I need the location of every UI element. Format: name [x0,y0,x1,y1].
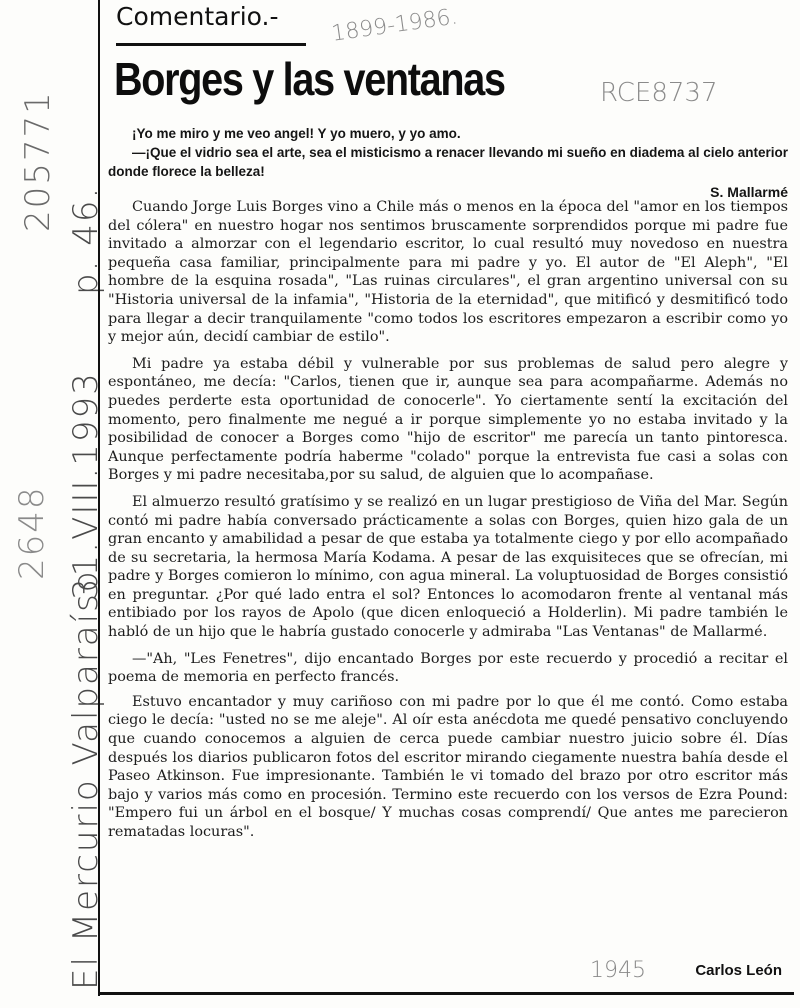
paragraph: —"Ah, "Les Fenetres", dijo encantado Bor… [108,650,788,687]
article-body: Cuando Jorge Luis Borges vino a Chile má… [108,198,788,850]
section-label: Comentario.- [116,2,279,31]
headline: Borges y las ventanas [114,52,505,106]
bottom-rule [98,992,794,995]
epigraph-line-1: ¡Yo me miro y me veo angel! Y yo muero, … [108,124,788,143]
newspaper-clipping: Comentario.- Borges y las ventanas ¡Yo m… [98,0,794,996]
paragraph: Mi padre ya estaba débil y vulnerable po… [108,355,788,485]
paragraph: El almuerzo resultó gratísimo y se reali… [108,493,788,642]
handwritten-number-left: 2648 [12,485,52,580]
paragraph: Estuvo encantador y muy cariñoso con mi … [108,693,788,842]
paragraph: Cuando Jorge Luis Borges vino a Chile má… [108,198,788,347]
author-signature: Carlos León [695,962,782,979]
epigraph-line-2: —¡Que el vidrio sea el arte, sea el mist… [108,143,788,181]
margin-annotations: 205771 p. 46. 31.VIII.1993 El Mercurio V… [0,0,100,1008]
handwritten-number: 205771 [18,90,58,232]
section-divider [116,43,306,46]
epigraph: ¡Yo me miro y me veo angel! Y yo muero, … [108,124,788,202]
